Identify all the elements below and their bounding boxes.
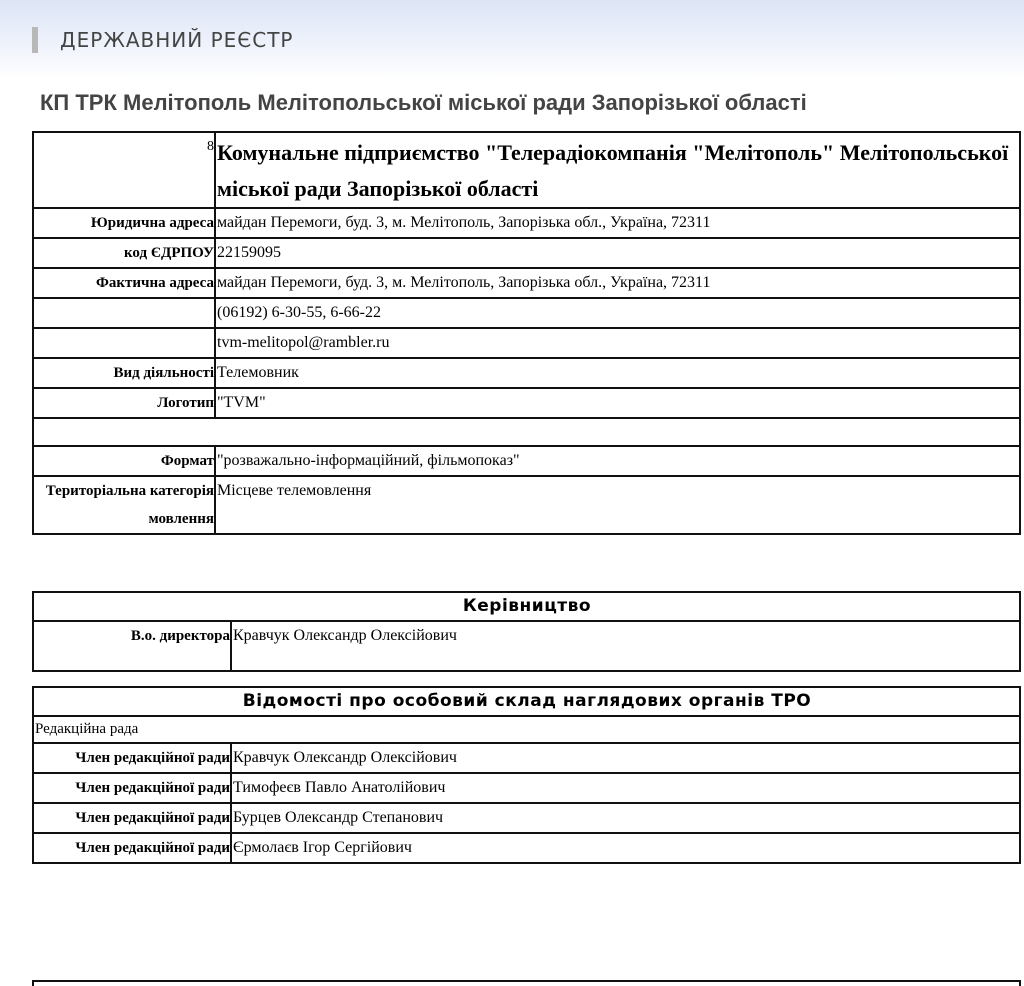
member-name: Єрмолаєв Ігор Сергійович: [231, 833, 1020, 863]
director-name: Кравчук Олександр Олексійович: [231, 621, 1020, 671]
member-role: Член редакційної ради: [33, 743, 231, 773]
table-row: код ЄДРПОУ 22159095: [33, 238, 1020, 268]
management-table: Керівництво В.о. директора Кравчук Олекс…: [32, 591, 1021, 672]
page-title: КП ТРК Мелітополь Мелітопольської місько…: [40, 90, 807, 116]
supervisory-body-name: Редакційна рада: [33, 716, 1020, 743]
table-row: Вид діяльності Телемовник: [33, 358, 1020, 388]
entity-name-row: 8 Комунальне підприємство "Телерадіокомп…: [33, 132, 1020, 208]
table-row: Член редакційної ради Кравчук Олександр …: [33, 743, 1020, 773]
entity-info-table: 8 Комунальне підприємство "Телерадіокомп…: [32, 131, 1021, 535]
email: tvm-melitopol@rambler.ru: [215, 328, 1020, 358]
table-row: Член редакційної ради Тимофеєв Павло Ана…: [33, 773, 1020, 803]
format-value: "розважально-інформаційний, фільмопоказ": [215, 446, 1020, 476]
member-role: Член редакційної ради: [33, 773, 231, 803]
member-role: Член редакційної ради: [33, 803, 231, 833]
territory-value: Місцеве телемовлення: [215, 476, 1020, 534]
row-label: Логотип: [33, 388, 215, 418]
management-header: Керівництво: [33, 592, 1020, 621]
actual-address: майдан Перемоги, буд. 3, м. Мелітополь, …: [215, 268, 1020, 298]
member-name: Кравчук Олександр Олексійович: [231, 743, 1020, 773]
next-table-edge: [32, 980, 1021, 986]
entity-full-name: Комунальне підприємство "Телерадіокомпан…: [215, 132, 1020, 208]
section-heading: ДЕРЖАВНИЙ РЕЄСТР: [32, 26, 294, 54]
supervisory-header: Відомості про особовий склад наглядових …: [33, 687, 1020, 716]
table-row: Юридична адреса майдан Перемоги, буд. 3,…: [33, 208, 1020, 238]
table-row: Логотип "TVM": [33, 388, 1020, 418]
legal-address: майдан Перемоги, буд. 3, м. Мелітополь, …: [215, 208, 1020, 238]
row-label: Фактична адреса: [33, 268, 215, 298]
empty-row: [33, 418, 1020, 446]
phone-numbers: (06192) 6-30-55, 6-66-22: [215, 298, 1020, 328]
table-row: tvm-melitopol@rambler.ru: [33, 328, 1020, 358]
member-name: Бурцев Олександр Степанович: [231, 803, 1020, 833]
section-title: ДЕРЖАВНИЙ РЕЄСТР: [60, 28, 294, 52]
table-row: Член редакційної ради Єрмолаєв Ігор Серг…: [33, 833, 1020, 863]
table-row: Формат "розважально-інформаційний, фільм…: [33, 446, 1020, 476]
supervisory-table: Відомості про особовий склад наглядових …: [32, 686, 1021, 864]
row-label: код ЄДРПОУ: [33, 238, 215, 268]
activity-type: Телемовник: [215, 358, 1020, 388]
table-row: Територіальна категорія мовлення Місцеве…: [33, 476, 1020, 534]
row-label: Формат: [33, 446, 215, 476]
member-role: Член редакційної ради: [33, 833, 231, 863]
edrpou-code: 22159095: [215, 238, 1020, 268]
row-label: Вид діяльності: [33, 358, 215, 388]
table-row: В.о. директора Кравчук Олександр Олексій…: [33, 621, 1020, 671]
row-label: [33, 328, 215, 358]
role-label: В.о. директора: [33, 621, 231, 671]
empty-cell: [33, 418, 1020, 446]
table-row: (06192) 6-30-55, 6-66-22: [33, 298, 1020, 328]
table-row: Фактична адреса майдан Перемоги, буд. 3,…: [33, 268, 1020, 298]
table-row: Член редакційної ради Бурцев Олександр С…: [33, 803, 1020, 833]
member-name: Тимофеєв Павло Анатолійович: [231, 773, 1020, 803]
row-label: [33, 298, 215, 328]
row-label: Юридична адреса: [33, 208, 215, 238]
logo-value: "TVM": [215, 388, 1020, 418]
section-marker-icon: [32, 27, 38, 53]
entity-number: 8: [33, 132, 215, 208]
row-label: Територіальна категорія мовлення: [33, 476, 215, 534]
